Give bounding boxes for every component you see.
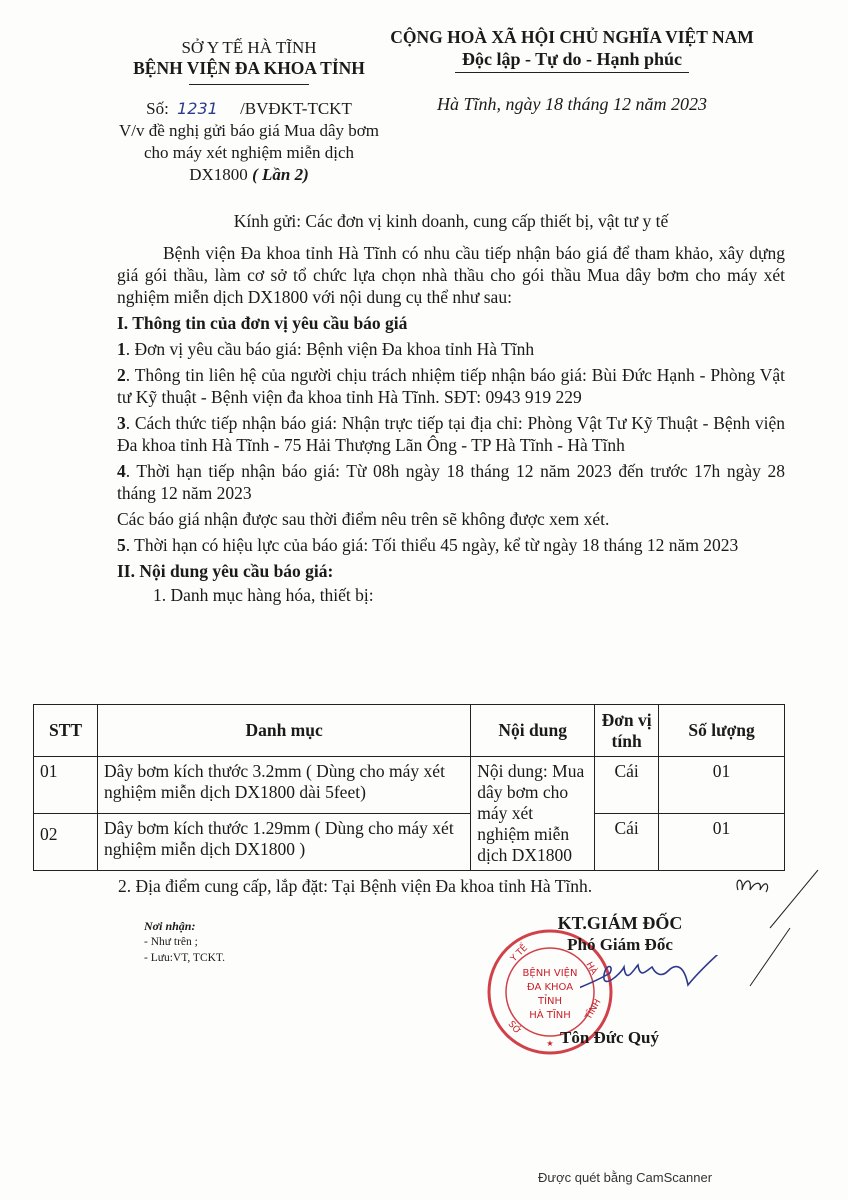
addressee: Kính gửi: Các đơn vị kinh doanh, cung cấ… bbox=[117, 210, 785, 232]
svg-text:BỆNH VIỆN: BỆNH VIỆN bbox=[523, 966, 578, 979]
doc-number-label: Số: bbox=[146, 99, 169, 118]
cell-unit: Cái bbox=[595, 757, 659, 814]
info-item-5: 5. Thời hạn có hiệu lực của báo giá: Tối… bbox=[117, 534, 785, 556]
table-header-row: STT Danh mục Nội dung Đơn vị tính Số lượ… bbox=[34, 705, 785, 757]
national-header: CỘNG HOÀ XÃ HỘI CHỦ NGHĨA VIỆT NAM Độc l… bbox=[372, 26, 772, 73]
section-1-title: I. Thông tin của đơn vị yêu cầu báo giá bbox=[117, 312, 785, 334]
initials-mark-icon bbox=[730, 868, 820, 988]
department-name: SỞ Y TẾ HÀ TĨNH bbox=[118, 38, 380, 58]
svg-text:ĐA KHOA: ĐA KHOA bbox=[527, 982, 573, 993]
col-header-qty: Số lượng bbox=[659, 705, 785, 757]
intro-paragraph: Bệnh viện Đa khoa tỉnh Hà Tĩnh có nhu cầ… bbox=[117, 242, 785, 308]
subject-text: V/v đề nghị gửi báo giá Mua dây bơm cho … bbox=[119, 121, 379, 184]
document-subject: V/v đề nghị gửi báo giá Mua dây bơm cho … bbox=[118, 120, 380, 186]
signer-position: Phó Giám Đốc bbox=[510, 934, 730, 955]
recipient-line: - Lưu:VT, TCKT. bbox=[144, 950, 225, 966]
svg-text:HÀ TĨNH: HÀ TĨNH bbox=[529, 1008, 571, 1021]
motto-rule bbox=[455, 72, 689, 73]
signer-role: KT.GIÁM ĐỐC bbox=[510, 912, 730, 934]
cell-unit: Cái bbox=[595, 814, 659, 871]
recipients-block: Nơi nhận: - Như trên ; - Lưu:VT, TCKT. bbox=[144, 918, 225, 966]
organization-name: BỆNH VIỆN ĐA KHOA TỈNH bbox=[118, 58, 380, 78]
table-row: 02 Dây bơm kích thước 1.29mm ( Dùng cho … bbox=[34, 814, 785, 871]
late-notice: Các báo giá nhận được sau thời điểm nêu … bbox=[117, 508, 785, 530]
svg-text:★: ★ bbox=[546, 1039, 553, 1048]
signer-block: KT.GIÁM ĐỐC Phó Giám Đốc bbox=[510, 912, 730, 955]
cell-item: Dây bơm kích thước 3.2mm ( Dùng cho máy … bbox=[97, 757, 470, 814]
info-item-3: 3. Cách thức tiếp nhận báo giá: Nhận trự… bbox=[117, 412, 785, 456]
info-item-2: 2. Thông tin liên hệ của người chịu trác… bbox=[117, 364, 785, 408]
subject-round: ( Lần 2) bbox=[252, 165, 309, 184]
col-header-stt: STT bbox=[34, 705, 98, 757]
document-number: Số: 1231 /BVĐKT-TCKT bbox=[118, 98, 380, 120]
svg-text:TỈNH: TỈNH bbox=[537, 993, 562, 1007]
cell-qty: 01 bbox=[659, 814, 785, 871]
doc-number-suffix: /BVĐKT-TCKT bbox=[240, 99, 352, 118]
info-item-1: 1. Đơn vị yêu cầu báo giá: Bệnh viện Đa … bbox=[117, 338, 785, 360]
national-motto: Độc lập - Tự do - Hạnh phúc bbox=[372, 48, 772, 70]
section-2-title: II. Nội dung yêu cầu báo giá: bbox=[117, 560, 785, 582]
cell-stt: 01 bbox=[34, 757, 98, 814]
cell-stt: 02 bbox=[34, 814, 98, 871]
goods-table: STT Danh mục Nội dung Đơn vị tính Số lượ… bbox=[33, 704, 785, 871]
header-rule bbox=[189, 84, 309, 85]
handwritten-signature-icon bbox=[580, 955, 730, 1015]
signer-name: Tôn Đức Quý bbox=[560, 1028, 659, 1048]
col-header-content: Nội dung bbox=[471, 705, 595, 757]
cell-item: Dây bơm kích thước 1.29mm ( Dùng cho máy… bbox=[97, 814, 470, 871]
col-header-item: Danh mục bbox=[97, 705, 470, 757]
doc-number-handwritten: 1231 bbox=[177, 99, 218, 118]
nation-name: CỘNG HOÀ XÃ HỘI CHỦ NGHĨA VIỆT NAM bbox=[372, 26, 772, 48]
recipient-line: - Như trên ; bbox=[144, 934, 225, 950]
cell-qty: 01 bbox=[659, 757, 785, 814]
issuer-header: SỞ Y TẾ HÀ TĨNH BỆNH VIỆN ĐA KHOA TỈNH bbox=[118, 38, 380, 85]
recipients-title: Nơi nhận: bbox=[144, 918, 225, 934]
document-body: Kính gửi: Các đơn vị kinh doanh, cung cấ… bbox=[117, 210, 785, 606]
col-header-unit: Đơn vị tính bbox=[595, 705, 659, 757]
delivery-location: 2. Địa điểm cung cấp, lắp đặt: Tại Bệnh … bbox=[118, 876, 592, 897]
svg-text:SỞ: SỞ bbox=[506, 1018, 524, 1036]
info-item-4: 4. Thời hạn tiếp nhận báo giá: Từ 08h ng… bbox=[117, 460, 785, 504]
place-date: Hà Tĩnh, ngày 18 tháng 12 năm 2023 bbox=[372, 94, 772, 115]
cell-shared-content: Nội dung: Mua dây bơm cho máy xét nghiệm… bbox=[471, 757, 595, 871]
goods-list-title: 1. Danh mục hàng hóa, thiết bị: bbox=[117, 584, 785, 606]
scanner-watermark: Được quét bằng CamScanner bbox=[538, 1170, 712, 1185]
table-row: 01 Dây bơm kích thước 3.2mm ( Dùng cho m… bbox=[34, 757, 785, 814]
